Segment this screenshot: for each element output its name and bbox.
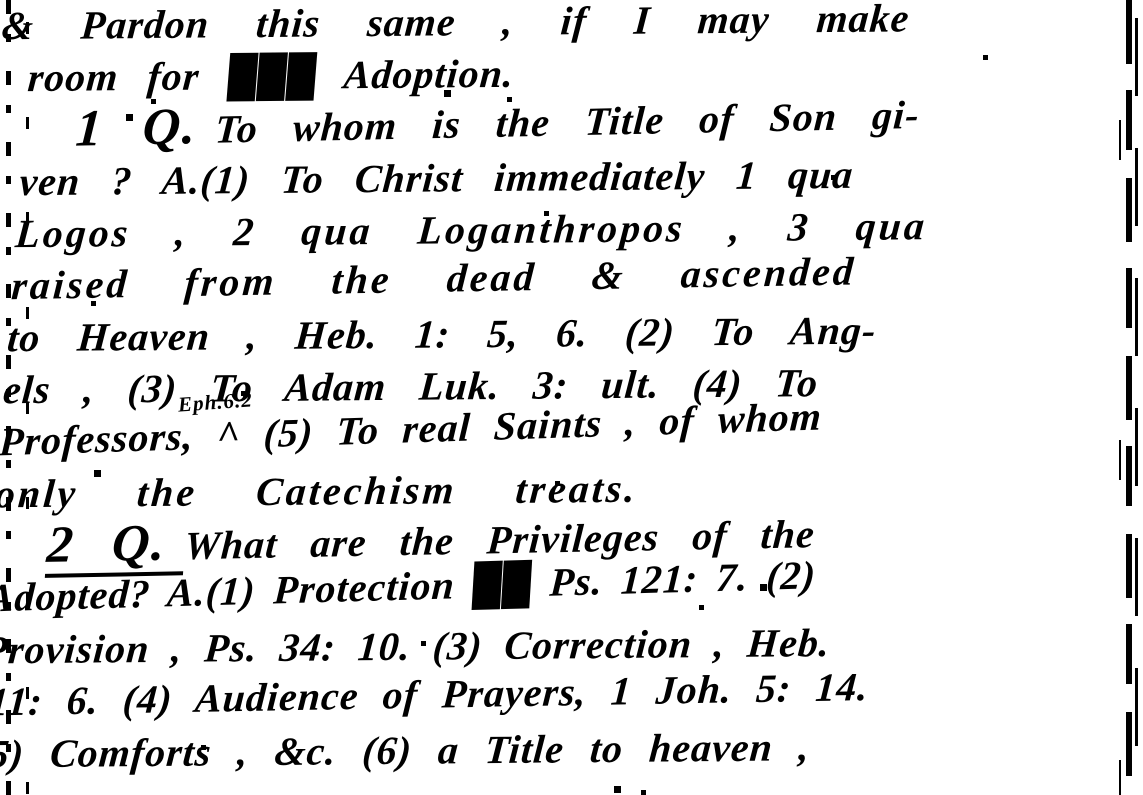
line-text: only the Catechism treats. xyxy=(0,466,640,517)
line-text: raised from the dead & ascended xyxy=(10,248,858,308)
interlinear-insertion-note: Eph.6.2 xyxy=(177,387,253,417)
manuscript-page: & Pardon this same , if I may make room … xyxy=(0,0,1143,795)
scan-noise-specks xyxy=(0,0,3,3)
line-text: room for ███ Adoption. xyxy=(26,51,516,100)
manuscript-line: (5) Comforts , &c. (6) a Title to heaven… xyxy=(0,719,1062,781)
manuscript-line: ven ? A.(1) To Christ immediately 1 qua xyxy=(18,147,1107,209)
line-text: To whom is the Title of Son gi- xyxy=(214,92,921,152)
right-page-edge-streak xyxy=(1135,0,1138,795)
manuscript-line: to Heaven , Heb. 1: 5, 6. (2) To Ang- xyxy=(5,303,1094,365)
right-page-edge-streak xyxy=(1126,0,1132,795)
line-text: 11: 6. (4) Audience of Prayers, 1 Joh. 5… xyxy=(0,664,870,724)
line-text: & Pardon this same , if I may make xyxy=(0,0,911,48)
line-text: (5) Comforts , &c. (6) a Title to heaven… xyxy=(0,724,812,776)
line-text: to Heaven , Heb. 1: 5, 6. (2) To Ang- xyxy=(6,308,879,361)
right-page-edge-streak xyxy=(1119,0,1121,795)
line-text: ven ? A.(1) To Christ immediately 1 qua xyxy=(18,152,855,204)
manuscript-text-block: & Pardon this same , if I may make room … xyxy=(0,0,1119,781)
question-1-marker: 1 Q. xyxy=(74,98,217,158)
